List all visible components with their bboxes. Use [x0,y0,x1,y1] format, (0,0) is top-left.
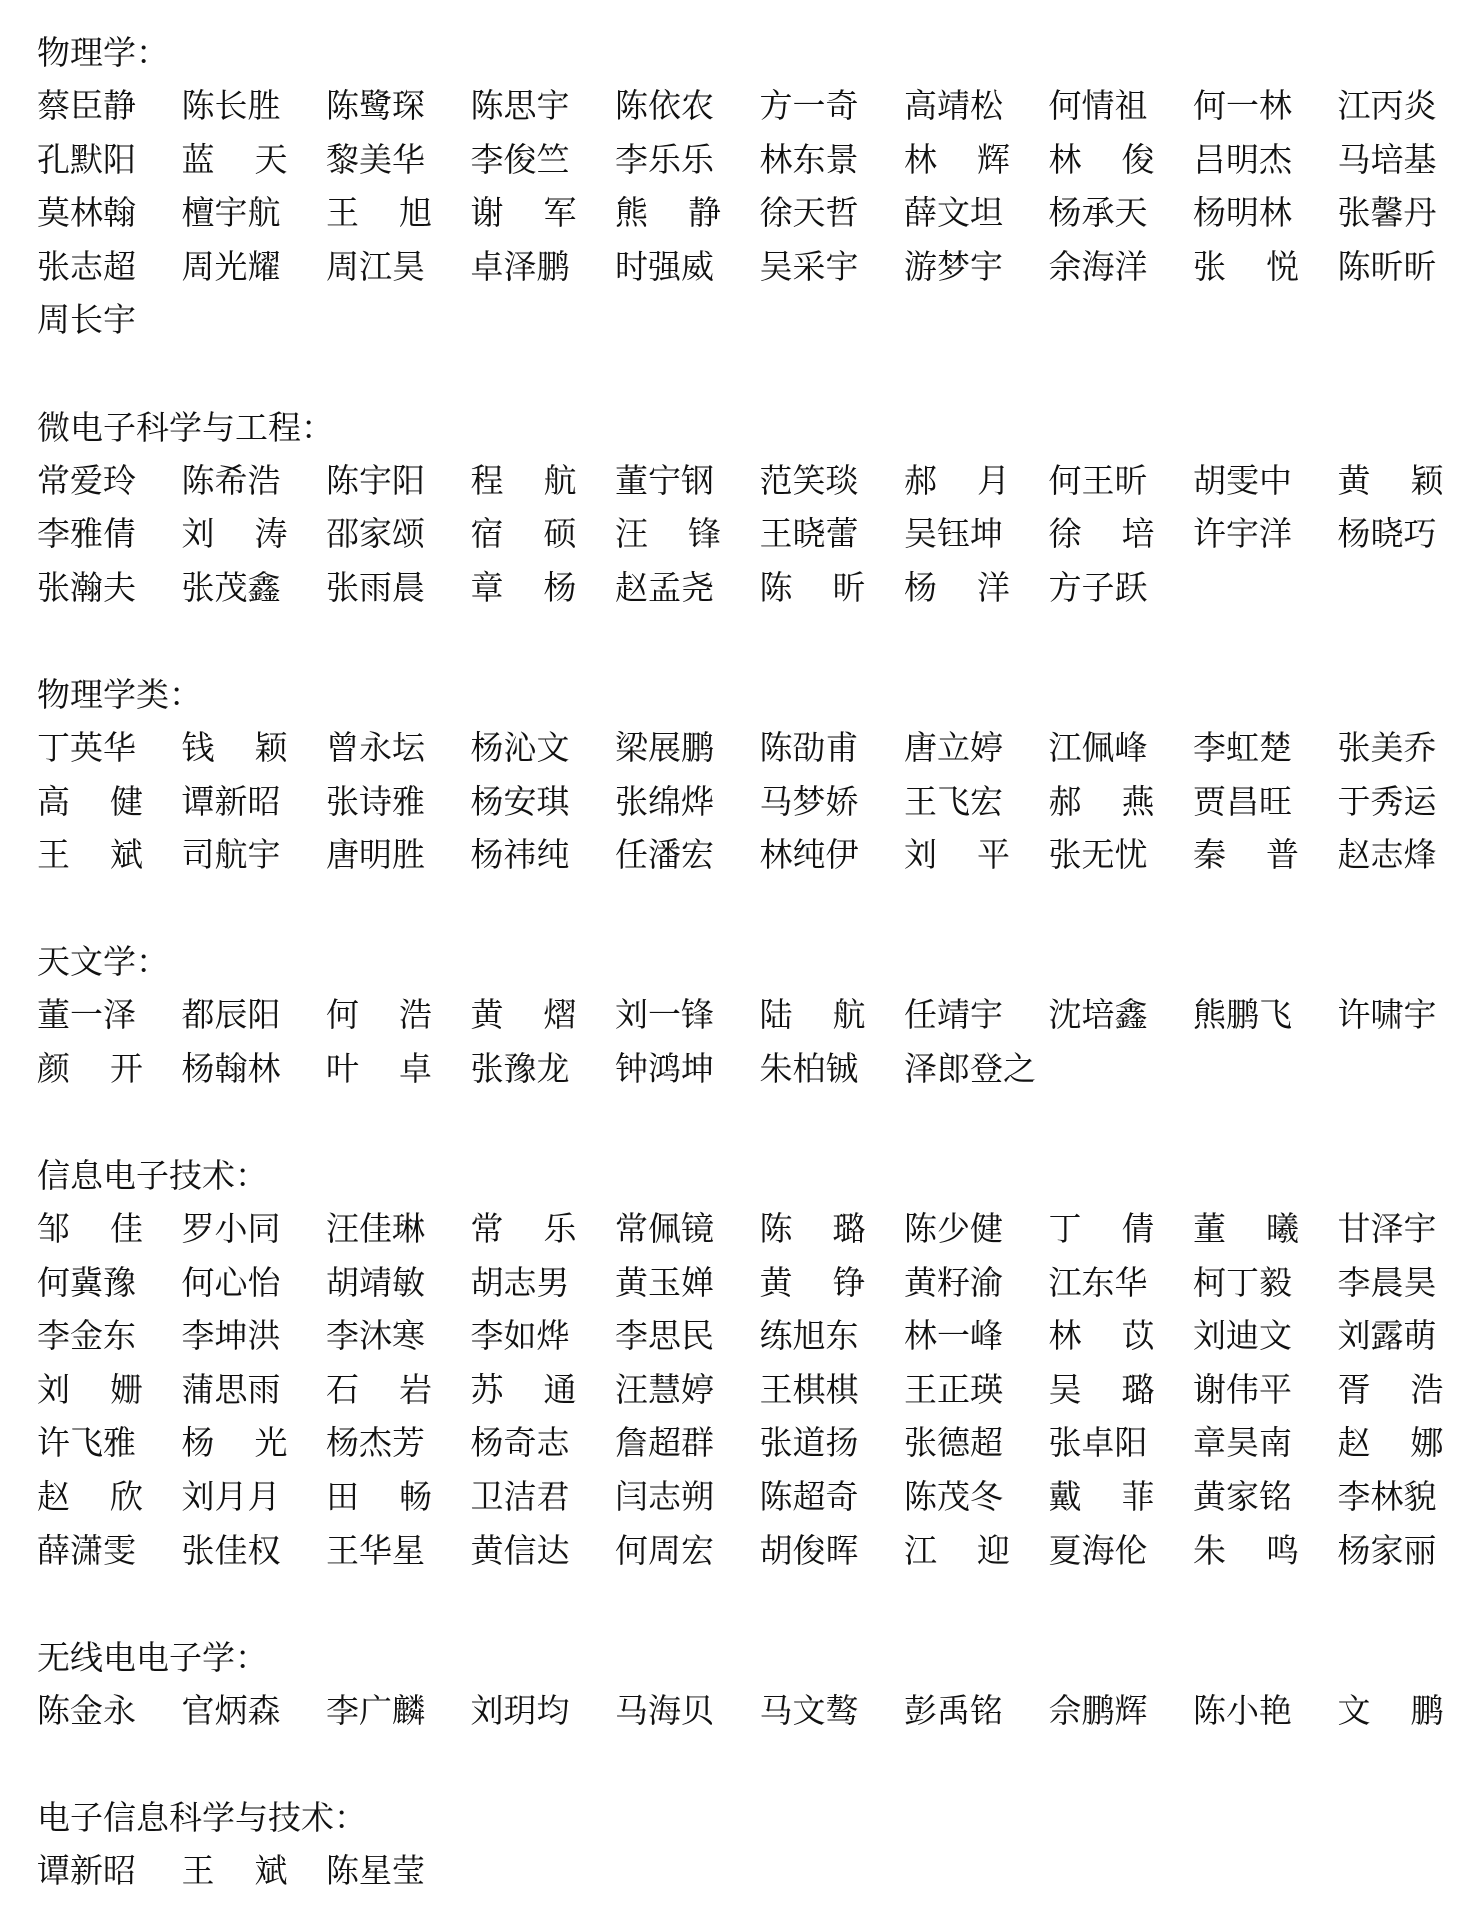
name-entry: 常佩镜 [615,1202,721,1256]
name-entry: 何一林 [1193,79,1299,133]
name-entry: 黎美华 [326,133,432,187]
name-entry: 丁倩 [1049,1202,1155,1256]
name-entry: 江佩峰 [1049,721,1155,775]
name-entry: 胥浩 [1338,1363,1444,1417]
name-entry: 陈昕 [760,561,866,615]
name-entry: 卫洁君 [471,1470,577,1524]
name-entry: 戴菲 [1049,1470,1155,1524]
name-entry: 谭新昭 [182,775,288,829]
name-entry: 林俊 [1049,133,1155,187]
name-entry: 马培基 [1338,133,1444,187]
name-entry: 周光耀 [182,240,288,294]
name-entry: 王斌 [37,828,143,882]
name-entry: 常乐 [471,1202,577,1256]
name-entry: 陆航 [760,988,866,1042]
name-entry: 刘涛 [182,507,288,561]
section-title: 无线电电子学： [37,1631,1457,1684]
name-entry: 谭新昭 [37,1844,143,1898]
name-entry: 杨晓巧 [1338,507,1444,561]
name-entry: 曾永坛 [326,721,432,775]
name-entry: 何情祖 [1049,79,1155,133]
name-entry: 陈超奇 [760,1470,866,1524]
section-physics: 物理学： 蔡臣静陈长胜陈鹭琛陈思宇陈依农方一奇高靖松何情祖何一林江丙炎孔默阳蓝天… [37,26,1457,347]
name-entry: 程航 [471,454,577,508]
name-entry: 李坤洪 [182,1309,288,1363]
name-entry: 张道扬 [760,1416,866,1470]
name-entry: 刘姗 [37,1363,143,1417]
name-entry: 胡雯中 [1193,454,1299,508]
name-entry: 张瀚夫 [37,561,143,615]
name-entry: 何心怡 [182,1256,288,1310]
section-radio-electronics: 无线电电子学： 陈金永官炳森李广麟刘玥均马海贝马文骜彭禹铭佘鹏辉陈小艳文鹏 [37,1631,1457,1738]
name-entry: 常爱玲 [37,454,143,508]
name-entry: 柯丁毅 [1193,1256,1299,1310]
name-entry: 陈昕昕 [1338,240,1444,294]
name-entry: 官炳森 [182,1684,288,1738]
name-entry: 方子跃 [1049,561,1155,615]
name-entry: 江丙炎 [1338,79,1444,133]
name-entry: 李思民 [615,1309,721,1363]
name-entry: 何冀豫 [37,1256,143,1310]
name-entry: 陈劭甫 [760,721,866,775]
name-entry: 唐立婷 [904,721,1010,775]
name-entry: 朱柏铖 [760,1042,866,1096]
name-entry: 余海洋 [1049,240,1155,294]
name-entry: 王正瑛 [904,1363,1010,1417]
name-entry: 任靖宇 [904,988,1010,1042]
name-entry: 杨翰林 [182,1042,288,1096]
name-entry: 黄家铭 [1193,1470,1299,1524]
name-entry: 陈星莹 [326,1844,432,1898]
name-entry: 许飞雅 [37,1416,143,1470]
name-entry: 王飞宏 [904,775,1010,829]
name-entry: 刘玥均 [471,1684,577,1738]
name-entry: 熊静 [615,186,721,240]
name-entry: 甘泽宇 [1338,1202,1444,1256]
name-entry: 陈璐 [760,1202,866,1256]
name-entry: 李金东 [37,1309,143,1363]
name-entry: 蓝天 [182,133,288,187]
name-entry: 张茂鑫 [182,561,288,615]
section-title: 物理学类： [37,668,1457,721]
name-entry: 周江昊 [326,240,432,294]
name-entry: 石岩 [326,1363,432,1417]
section-electronic-information-science: 电子信息科学与技术： 谭新昭王斌陈星莹 [37,1791,1457,1898]
name-entry: 吴璐 [1049,1363,1155,1417]
name-entry: 赵欣 [37,1470,143,1524]
name-entry: 吴采宇 [760,240,866,294]
name-entry: 黄信达 [471,1524,577,1578]
name-entry: 泽郎登之 [904,1042,1010,1096]
name-entry: 董曦 [1193,1202,1299,1256]
name-entry: 罗小同 [182,1202,288,1256]
name-entry: 杨杰芳 [326,1416,432,1470]
name-entry: 宿硕 [471,507,577,561]
name-entry: 司航宇 [182,828,288,882]
section-title: 天文学： [37,935,1457,988]
name-entry: 李俊竺 [471,133,577,187]
name-entry: 练旭东 [760,1309,866,1363]
name-entry: 佘鹏辉 [1049,1684,1155,1738]
name-list: 丁英华钱颖曾永坛杨沁文梁展鹏陈劭甫唐立婷江佩峰李虹楚张美乔高健谭新昭张诗雅杨安琪… [37,721,1457,882]
name-entry: 李雅倩 [37,507,143,561]
name-entry: 汪慧婷 [615,1363,721,1417]
name-entry: 黄熠 [471,988,577,1042]
name-entry: 何周宏 [615,1524,721,1578]
name-entry: 李晨昊 [1338,1256,1444,1310]
name-entry: 林苡 [1049,1309,1155,1363]
name-entry: 张豫龙 [471,1042,577,1096]
name-entry: 丁英华 [37,721,143,775]
name-entry: 王棋棋 [760,1363,866,1417]
name-entry: 秦普 [1193,828,1299,882]
section-microelectronics: 微电子科学与工程： 常爱玲陈希浩陈宇阳程航董宁钢范笑琰郝月何王昕胡雯中黄颖李雅倩… [37,401,1457,615]
name-entry: 陈少健 [904,1202,1010,1256]
name-entry: 董宁钢 [615,454,721,508]
document-page: 物理学： 蔡臣静陈长胜陈鹭琛陈思宇陈依农方一奇高靖松何情祖何一林江丙炎孔默阳蓝天… [37,26,1457,1898]
section-spacer [37,1577,1457,1631]
section-spacer [37,882,1457,936]
name-entry: 吴钰坤 [904,507,1010,561]
name-entry: 蒲思雨 [182,1363,288,1417]
name-entry: 黄颖 [1338,454,1444,508]
name-entry: 薛文坦 [904,186,1010,240]
name-entry: 杨明林 [1193,186,1299,240]
name-entry: 汪佳琳 [326,1202,432,1256]
name-list: 谭新昭王斌陈星莹 [37,1844,1457,1898]
name-entry: 于秀运 [1338,775,1444,829]
name-entry: 张悦 [1193,240,1299,294]
name-entry: 杨家丽 [1338,1524,1444,1578]
name-entry: 陈长胜 [182,79,288,133]
name-entry: 李虹楚 [1193,721,1299,775]
name-entry: 彭禹铭 [904,1684,1010,1738]
name-entry: 贾昌旺 [1193,775,1299,829]
section-information-electronics: 信息电子技术： 邹佳罗小同汪佳琳常乐常佩镜陈璐陈少健丁倩董曦甘泽宇何冀豫何心怡胡… [37,1149,1457,1577]
name-entry: 陈依农 [615,79,721,133]
name-entry: 何王昕 [1049,454,1155,508]
name-entry: 许啸宇 [1338,988,1444,1042]
name-entry: 孔默阳 [37,133,143,187]
name-entry: 沈培鑫 [1049,988,1155,1042]
name-list: 常爱玲陈希浩陈宇阳程航董宁钢范笑琰郝月何王昕胡雯中黄颖李雅倩刘涛邵家颂宿硕汪锋王… [37,454,1457,615]
name-entry: 闫志朔 [615,1470,721,1524]
name-entry: 钟鸿坤 [615,1042,721,1096]
name-entry: 马梦娇 [760,775,866,829]
name-entry: 田畅 [326,1470,432,1524]
name-entry: 林一峰 [904,1309,1010,1363]
name-entry: 李如烨 [471,1309,577,1363]
name-entry: 杨奇志 [471,1416,577,1470]
name-entry: 汪锋 [615,507,721,561]
name-entry: 胡靖敏 [326,1256,432,1310]
section-physics-class: 物理学类： 丁英华钱颖曾永坛杨沁文梁展鹏陈劭甫唐立婷江佩峰李虹楚张美乔高健谭新昭… [37,668,1457,882]
name-entry: 方一奇 [760,79,866,133]
name-entry: 李乐乐 [615,133,721,187]
name-entry: 刘月月 [182,1470,288,1524]
name-entry: 江东华 [1049,1256,1155,1310]
name-list: 陈金永官炳森李广麟刘玥均马海贝马文骜彭禹铭佘鹏辉陈小艳文鹏 [37,1684,1457,1738]
name-entry: 马文骜 [760,1684,866,1738]
name-entry: 颜开 [37,1042,143,1096]
name-entry: 章杨 [471,561,577,615]
name-entry: 马海贝 [615,1684,721,1738]
name-list: 董一泽都辰阳何浩黄熠刘一锋陆航任靖宇沈培鑫熊鹏飞许啸宇颜开杨翰林叶卓张豫龙钟鸿坤… [37,988,1457,1095]
name-entry: 吕明杰 [1193,133,1299,187]
name-entry: 黄籽渝 [904,1256,1010,1310]
name-entry: 张卓阳 [1049,1416,1155,1470]
name-entry: 郝月 [904,454,1010,508]
name-entry: 张佳权 [182,1524,288,1578]
name-entry: 范笑琰 [760,454,866,508]
name-entry: 刘露萌 [1338,1309,1444,1363]
section-spacer [37,614,1457,668]
name-entry: 徐培 [1049,507,1155,561]
name-entry: 李林貌 [1338,1470,1444,1524]
name-entry: 时强威 [615,240,721,294]
name-entry: 张无忧 [1049,828,1155,882]
name-entry: 刘一锋 [615,988,721,1042]
name-entry: 郝燕 [1049,775,1155,829]
name-entry: 李沐寒 [326,1309,432,1363]
name-entry: 杨承天 [1049,186,1155,240]
name-entry: 谢伟平 [1193,1363,1299,1417]
name-entry: 都辰阳 [182,988,288,1042]
name-entry: 张德超 [904,1416,1010,1470]
name-entry: 苏通 [471,1363,577,1417]
name-list: 蔡臣静陈长胜陈鹭琛陈思宇陈依农方一奇高靖松何情祖何一林江丙炎孔默阳蓝天黎美华李俊… [37,79,1457,347]
name-entry: 何浩 [326,988,432,1042]
section-title: 微电子科学与工程： [37,401,1457,454]
name-entry: 张志超 [37,240,143,294]
name-entry: 梁展鹏 [615,721,721,775]
name-entry: 邹佳 [37,1202,143,1256]
name-entry: 王华星 [326,1524,432,1578]
name-entry: 詹超群 [615,1416,721,1470]
name-entry: 王晓蕾 [760,507,866,561]
name-entry: 卓泽鹏 [471,240,577,294]
name-entry: 叶卓 [326,1042,432,1096]
name-entry: 刘迪文 [1193,1309,1299,1363]
name-entry: 徐天哲 [760,186,866,240]
name-entry: 张美乔 [1338,721,1444,775]
name-entry: 文鹏 [1338,1684,1444,1738]
name-entry: 张馨丹 [1338,186,1444,240]
name-entry: 邵家颂 [326,507,432,561]
name-entry: 张雨晨 [326,561,432,615]
name-entry: 高靖松 [904,79,1010,133]
name-entry: 杨光 [182,1416,288,1470]
name-entry: 杨安琪 [471,775,577,829]
section-title: 电子信息科学与技术： [37,1791,1457,1844]
name-entry: 林辉 [904,133,1010,187]
name-entry: 胡志男 [471,1256,577,1310]
name-entry: 江迎 [904,1524,1010,1578]
name-entry: 赵志烽 [1338,828,1444,882]
name-entry: 王旭 [326,186,432,240]
name-entry: 林东景 [760,133,866,187]
name-entry: 许宇洋 [1193,507,1299,561]
name-entry: 高健 [37,775,143,829]
name-entry: 蔡臣静 [37,79,143,133]
section-spacer [37,347,1457,401]
section-astronomy: 天文学： 董一泽都辰阳何浩黄熠刘一锋陆航任靖宇沈培鑫熊鹏飞许啸宇颜开杨翰林叶卓张… [37,935,1457,1095]
name-entry: 林纯伊 [760,828,866,882]
section-title: 信息电子技术： [37,1149,1457,1202]
name-entry: 陈思宇 [471,79,577,133]
name-entry: 游梦宇 [904,240,1010,294]
name-entry: 章昊南 [1193,1416,1299,1470]
name-entry: 黄铮 [760,1256,866,1310]
name-entry: 薛潇雯 [37,1524,143,1578]
name-entry: 周长宇 [37,293,143,347]
name-entry: 陈金永 [37,1684,143,1738]
name-entry: 谢军 [471,186,577,240]
name-entry: 陈茂冬 [904,1470,1010,1524]
name-entry: 董一泽 [37,988,143,1042]
name-list: 邹佳罗小同汪佳琳常乐常佩镜陈璐陈少健丁倩董曦甘泽宇何冀豫何心怡胡靖敏胡志男黄玉婵… [37,1202,1457,1577]
name-entry: 夏海伦 [1049,1524,1155,1578]
name-entry: 赵娜 [1338,1416,1444,1470]
name-entry: 陈希浩 [182,454,288,508]
section-spacer [37,1096,1457,1150]
name-entry: 钱颖 [182,721,288,775]
name-entry: 陈鹭琛 [326,79,432,133]
name-entry: 唐明胜 [326,828,432,882]
name-entry: 莫林翰 [37,186,143,240]
name-entry: 陈宇阳 [326,454,432,508]
name-entry: 胡俊晖 [760,1524,866,1578]
name-entry: 杨祎纯 [471,828,577,882]
name-entry: 黄玉婵 [615,1256,721,1310]
section-spacer [37,1737,1457,1791]
name-entry: 任潘宏 [615,828,721,882]
name-entry: 赵孟尧 [615,561,721,615]
name-entry: 朱鸣 [1193,1524,1299,1578]
name-entry: 王斌 [182,1844,288,1898]
name-entry: 李广麟 [326,1684,432,1738]
name-entry: 杨沁文 [471,721,577,775]
name-entry: 刘平 [904,828,1010,882]
name-entry: 陈小艳 [1193,1684,1299,1738]
name-entry: 檀宇航 [182,186,288,240]
name-entry: 熊鹏飞 [1193,988,1299,1042]
section-title: 物理学： [37,26,1457,79]
name-entry: 张绵烨 [615,775,721,829]
name-entry: 杨洋 [904,561,1010,615]
name-entry: 张诗雅 [326,775,432,829]
